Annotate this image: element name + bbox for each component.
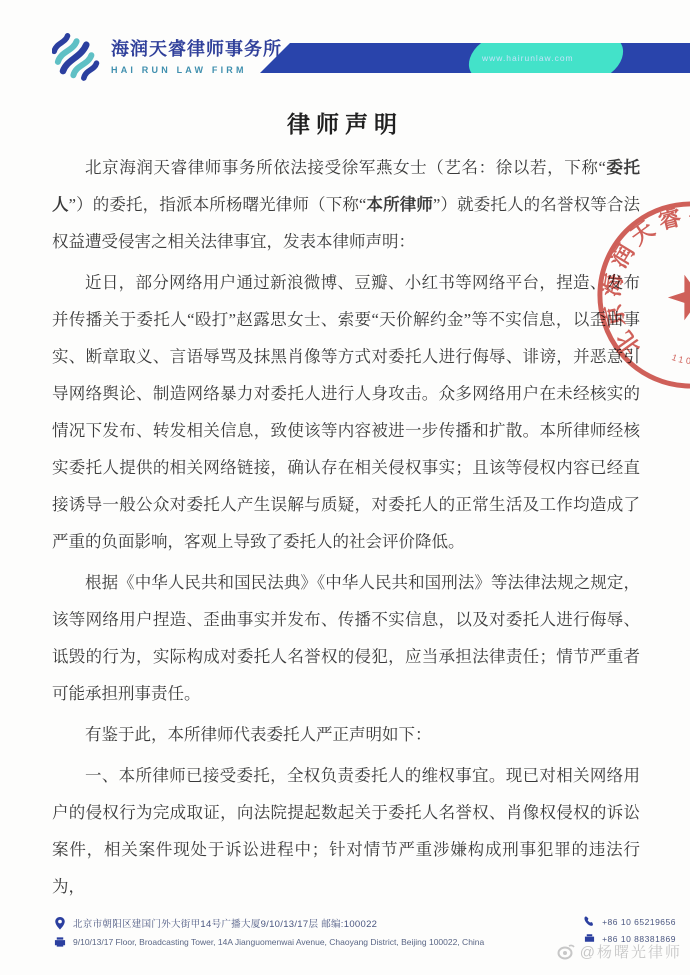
- location-pin-icon: [54, 917, 66, 930]
- paragraph: 一、本所律师已接受委托，全权负责委托人的维权事宜。现已对相关网络用户的侵权行为完…: [52, 757, 640, 905]
- letterhead: 海润天睿律师事务所 HAI RUN LAW FIRM www.hairunlaw…: [0, 28, 690, 82]
- document-body: 北京海润天睿律师事务所依法接受徐军燕女士（艺名：徐以若，下称“委托人”）的委托，…: [52, 149, 640, 909]
- firm-website-text: www.hairunlaw.com: [482, 53, 574, 63]
- footer-phone-row: +86 10 65219656: [584, 916, 676, 927]
- phone-icon: [584, 916, 595, 927]
- firm-logo-icon: [52, 28, 102, 82]
- footer-address-cn-row: 北京市朝阳区建国门外大街甲14号广播大厦9/10/13/17层 邮编:10002…: [54, 916, 676, 930]
- footer-phone: +86 10 65219656: [602, 917, 676, 927]
- footer-address-cn: 北京市朝阳区建国门外大街甲14号广播大厦9/10/13/17层 邮编:10002…: [73, 916, 377, 930]
- paragraph: 北京海润天睿律师事务所依法接受徐军燕女士（艺名：徐以若，下称“委托人”）的委托，…: [52, 149, 640, 260]
- seal-star-icon: ★: [656, 257, 690, 336]
- paragraph: 根据《中华人民共和国民法典》《中华人民共和国刑法》等法律法规之规定，该等网络用户…: [52, 564, 640, 712]
- firm-name-block: 海润天睿律师事务所 HAI RUN LAW FIRM: [111, 35, 282, 75]
- firm-logo: 海润天睿律师事务所 HAI RUN LAW FIRM: [52, 28, 282, 82]
- document-title: 律师声明: [0, 106, 690, 139]
- paragraph: 近日，部分网络用户通过新浪微博、豆瓣、小红书等网络平台，捏造、发布并传播关于委托…: [52, 264, 640, 560]
- firm-name-en: HAI RUN LAW FIRM: [111, 65, 282, 75]
- building-icon: [54, 935, 66, 948]
- weibo-watermark-icon: [557, 943, 575, 960]
- watermark-text: @杨曙光律师: [580, 941, 682, 962]
- watermark: @杨曙光律师: [557, 941, 682, 962]
- legal-statement-page: 海润天睿律师事务所 HAI RUN LAW FIRM www.hairunlaw…: [0, 0, 690, 975]
- footer-address-en: 9/10/13/17 Floor, Broadcasting Tower, 14…: [73, 937, 484, 947]
- seal-serial-number: 1101085: [668, 338, 690, 376]
- paragraph: 有鉴于此，本所律师代表委托人严正声明如下：: [52, 716, 640, 753]
- header-banner: www.hairunlaw.com: [260, 43, 690, 73]
- firm-name-cn: 海润天睿律师事务所: [111, 35, 282, 61]
- svg-text:1101085: 1101085: [668, 338, 690, 376]
